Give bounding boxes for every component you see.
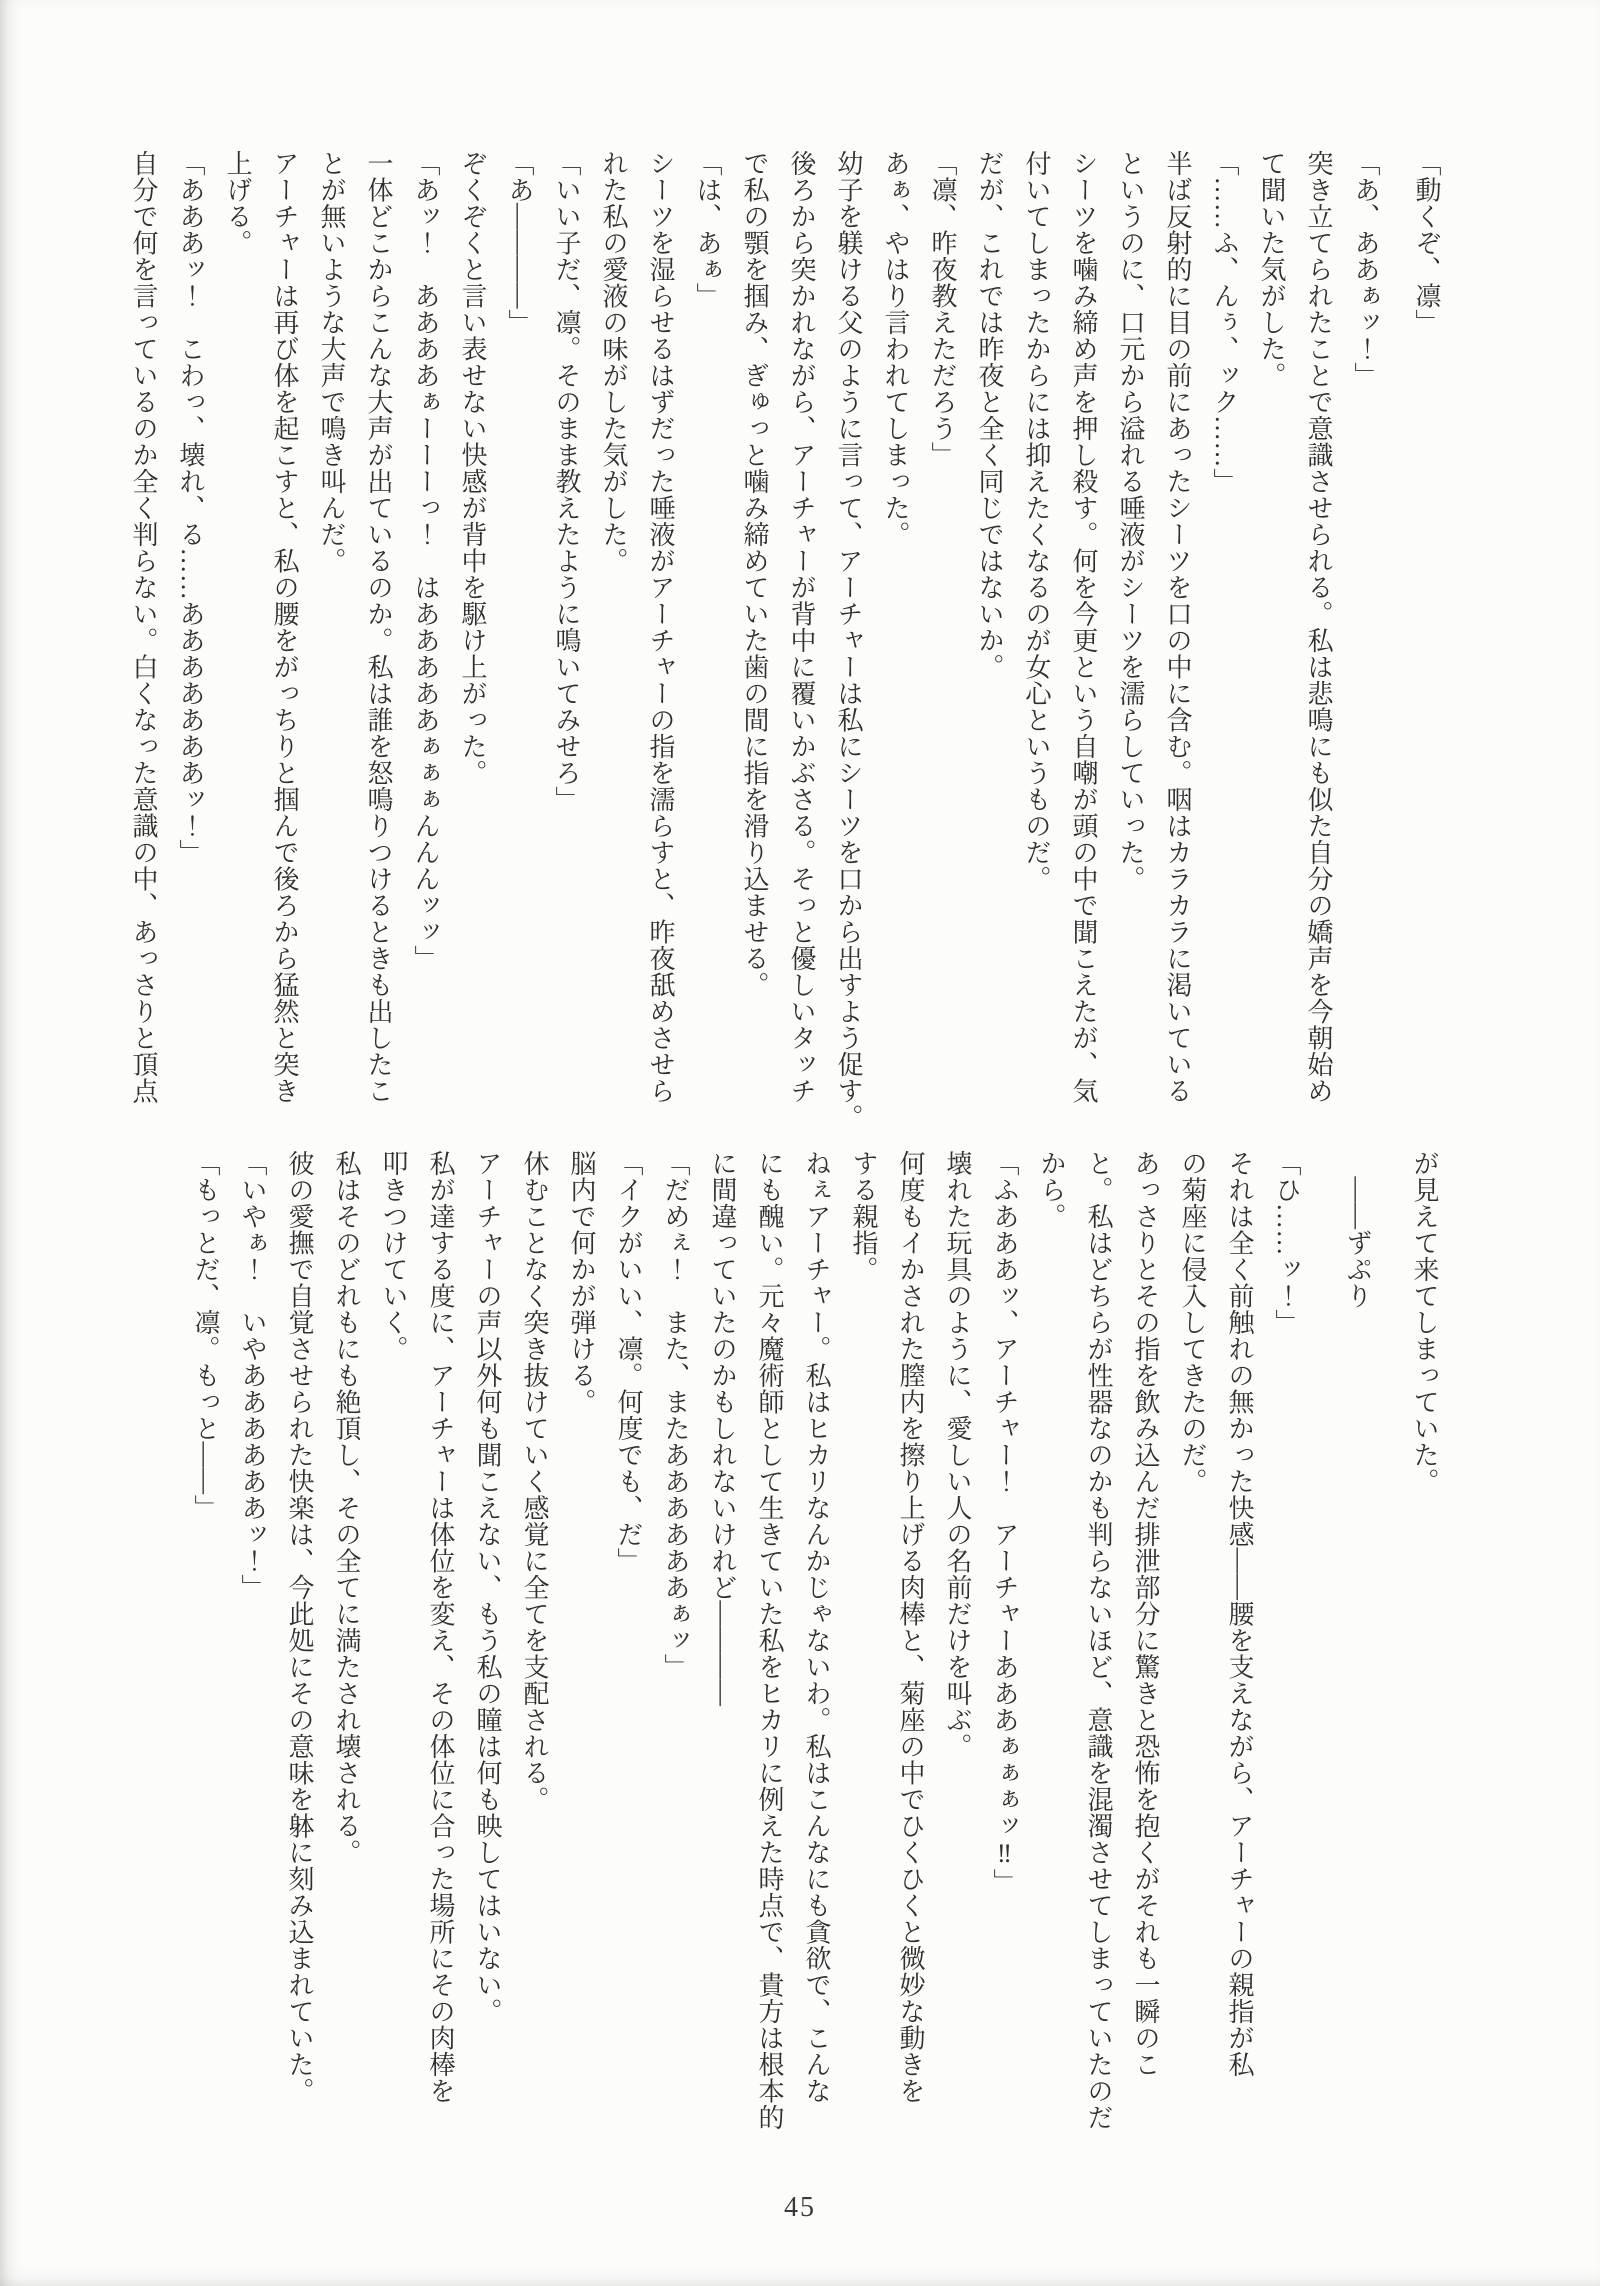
text-line: ――ずぷり (1334, 1150, 1381, 2162)
text-line: だが、これでは昨夜と全く同じではないか。 (966, 150, 1013, 1162)
text-block-bottom: が見えて来てしまっていた。 ――ずぷり「ひ……ッ！」それは全く前触れの無かった快… (182, 1150, 1448, 2162)
text-line: 「いやぁ！ いやああああああッ！」 (229, 1150, 276, 2162)
text-line: 休むことなく突き抜けていく感覚に全てを支配される。 (511, 1150, 558, 2162)
text-line: 「……ふ、んぅ、ック……」 (1201, 150, 1248, 1162)
text-line: 上げる。 (214, 150, 261, 1162)
text-line: 私はそのどれもにも絶頂し、その全てに満たされ壊される。 (323, 1150, 370, 2162)
text-line: 何度もイかされた膣内を擦り上げる肉棒と、菊座の中でひくひくと微妙な動きを (887, 1150, 934, 2162)
text-line: 「あああッ！ こわっ、壊れ、る……あああああああッ！」 (167, 150, 214, 1162)
text-line: シーツを湿らせるはずだった唾液がアーチャーの指を濡らすと、昨夜舐めさせら (637, 150, 684, 1162)
text-line: アーチャーの声以外何も聞こえない、もう私の瞳は何も映してはいない。 (464, 1150, 511, 2162)
text-line: に間違っていたのかもしれないけれど―――― (699, 1150, 746, 2162)
text-line: れた私の愛液の味がした気がした。 (590, 150, 637, 1162)
text-line: 「凛、昨夜教えただろう」 (919, 150, 966, 1162)
text-line: とが無いような大声で鳴き叫んだ。 (308, 150, 355, 1162)
text-line: の菊座に侵入してきたのだ。 (1169, 1150, 1216, 2162)
text-line: 「いい子だ、凛。そのまま教えたように鳴いてみせろ」 (543, 150, 590, 1162)
text-block-top: 「動くぞ、凛」「あ、ああぁッ！」突き立てられたことで意識させられる。私は悲鳴にも… (120, 150, 1450, 1162)
text-line: にも醜い。元々魔術師として生きていた私をヒカリに例えた時点で、貴方は根本的 (746, 1150, 793, 2162)
text-line: 幼子を躾ける父のように言って、アーチャーは私にシーツを口から出すよう促す。 (825, 150, 872, 1162)
text-line: 突き立てられたことで意識させられる。私は悲鳴にも似た自分の嬌声を今朝始め (1295, 150, 1342, 1162)
text-line: 「だめぇ！ また、またああああああぁッ」 (652, 1150, 699, 2162)
text-line: 脳内で何かが弾ける。 (558, 1150, 605, 2162)
text-line: 半ば反射的に目の前にあったシーツを口の中に含む。咽はカラカラに渇いている (1154, 150, 1201, 1162)
text-line: あっさりとその指を飲み込んだ排泄部分に驚きと恐怖を抱くがそれも一瞬のこ (1122, 1150, 1169, 2162)
text-line: 「ふあああッ、アーチャー！ アーチャーあああぁぁぁッ‼」 (981, 1150, 1028, 2162)
text-line: 「ひ……ッ！」 (1263, 1150, 1310, 2162)
text-line: シーツを噛み締め声を押し殺す。何を今更という自嘲が頭の中で聞こえたが、気 (1060, 150, 1107, 1162)
text-line: あぁ、やはり言われてしまった。 (872, 150, 919, 1162)
text-line: 私が達する度に、アーチャーは体位を変え、その体位に合った場所にその肉棒を (417, 1150, 464, 2162)
text-line: というのに、口元から溢れる唾液がシーツを濡らしていった。 (1107, 150, 1154, 1162)
text-line: と。私はどちらが性器なのかも判らないほど、意識を混濁させてしまっていたのだ (1075, 1150, 1122, 2162)
text-line: 「は、あぁ」 (684, 150, 731, 1162)
text-line: 壊れた玩具のように、愛しい人の名前だけを叫ぶ。 (934, 1150, 981, 2162)
scanned-novel-page: 「動くぞ、凛」「あ、ああぁッ！」突き立てられたことで意識させられる。私は悲鳴にも… (0, 0, 1600, 2286)
text-line: 自分で何を言っているのか全く判らない。白くなった意識の中、あっさりと頂点 (120, 150, 167, 1162)
text-line: 「動くぞ、凛」 (1403, 150, 1450, 1162)
text-line: 「イクがいい、凛。何度でも、だ」 (605, 1150, 652, 2162)
text-line: から。 (1028, 1150, 1075, 2162)
text-line: 後ろから突かれながら、アーチャーが背中に覆いかぶさる。そっと優しいタッチ (778, 150, 825, 1162)
text-line: 「あ、ああぁッ！」 (1342, 150, 1389, 1162)
text-line: 「あッ！ ああああぁーーーっ！ はあああああぁぁぁんんんッッ」 (402, 150, 449, 1162)
text-line: それは全く前触れの無かった快感――腰を支えながら、アーチャーの親指が私 (1216, 1150, 1263, 2162)
text-line: 「あ――――」 (496, 150, 543, 1162)
text-line: 彼の愛撫で自覚させられた快楽は、今此処にその意味を躰に刻み込まれていた。 (276, 1150, 323, 2162)
text-line: て聞いた気がした。 (1248, 150, 1295, 1162)
text-line: ねぇアーチャー。私はヒカリなんかじゃないわ。私はこんなにも貪欲で、こんな (793, 1150, 840, 2162)
page-number: 45 (0, 2192, 1600, 2224)
text-line: アーチャーは再び体を起こすと、私の腰をがっちりと掴んで後ろから猛然と突き (261, 150, 308, 1162)
text-line: 叩きつけていく。 (370, 1150, 417, 2162)
text-line: 「もっとだ、凛。もっと――」 (182, 1150, 229, 2162)
text-line: 付いてしまったからには抑えたくなるのが女心というものだ。 (1013, 150, 1060, 1162)
text-line: する親指。 (840, 1150, 887, 2162)
text-line: で私の顎を掴み、ぎゅっと噛み締めていた歯の間に指を滑り込ませる。 (731, 150, 778, 1162)
text-line: ぞくぞくと言い表せない快感が背中を駆け上がった。 (449, 150, 496, 1162)
text-line: 一体どこからこんな大声が出ているのか。私は誰を怒鳴りつけるときも出したこ (355, 150, 402, 1162)
text-line: が見えて来てしまっていた。 (1401, 1150, 1448, 2162)
